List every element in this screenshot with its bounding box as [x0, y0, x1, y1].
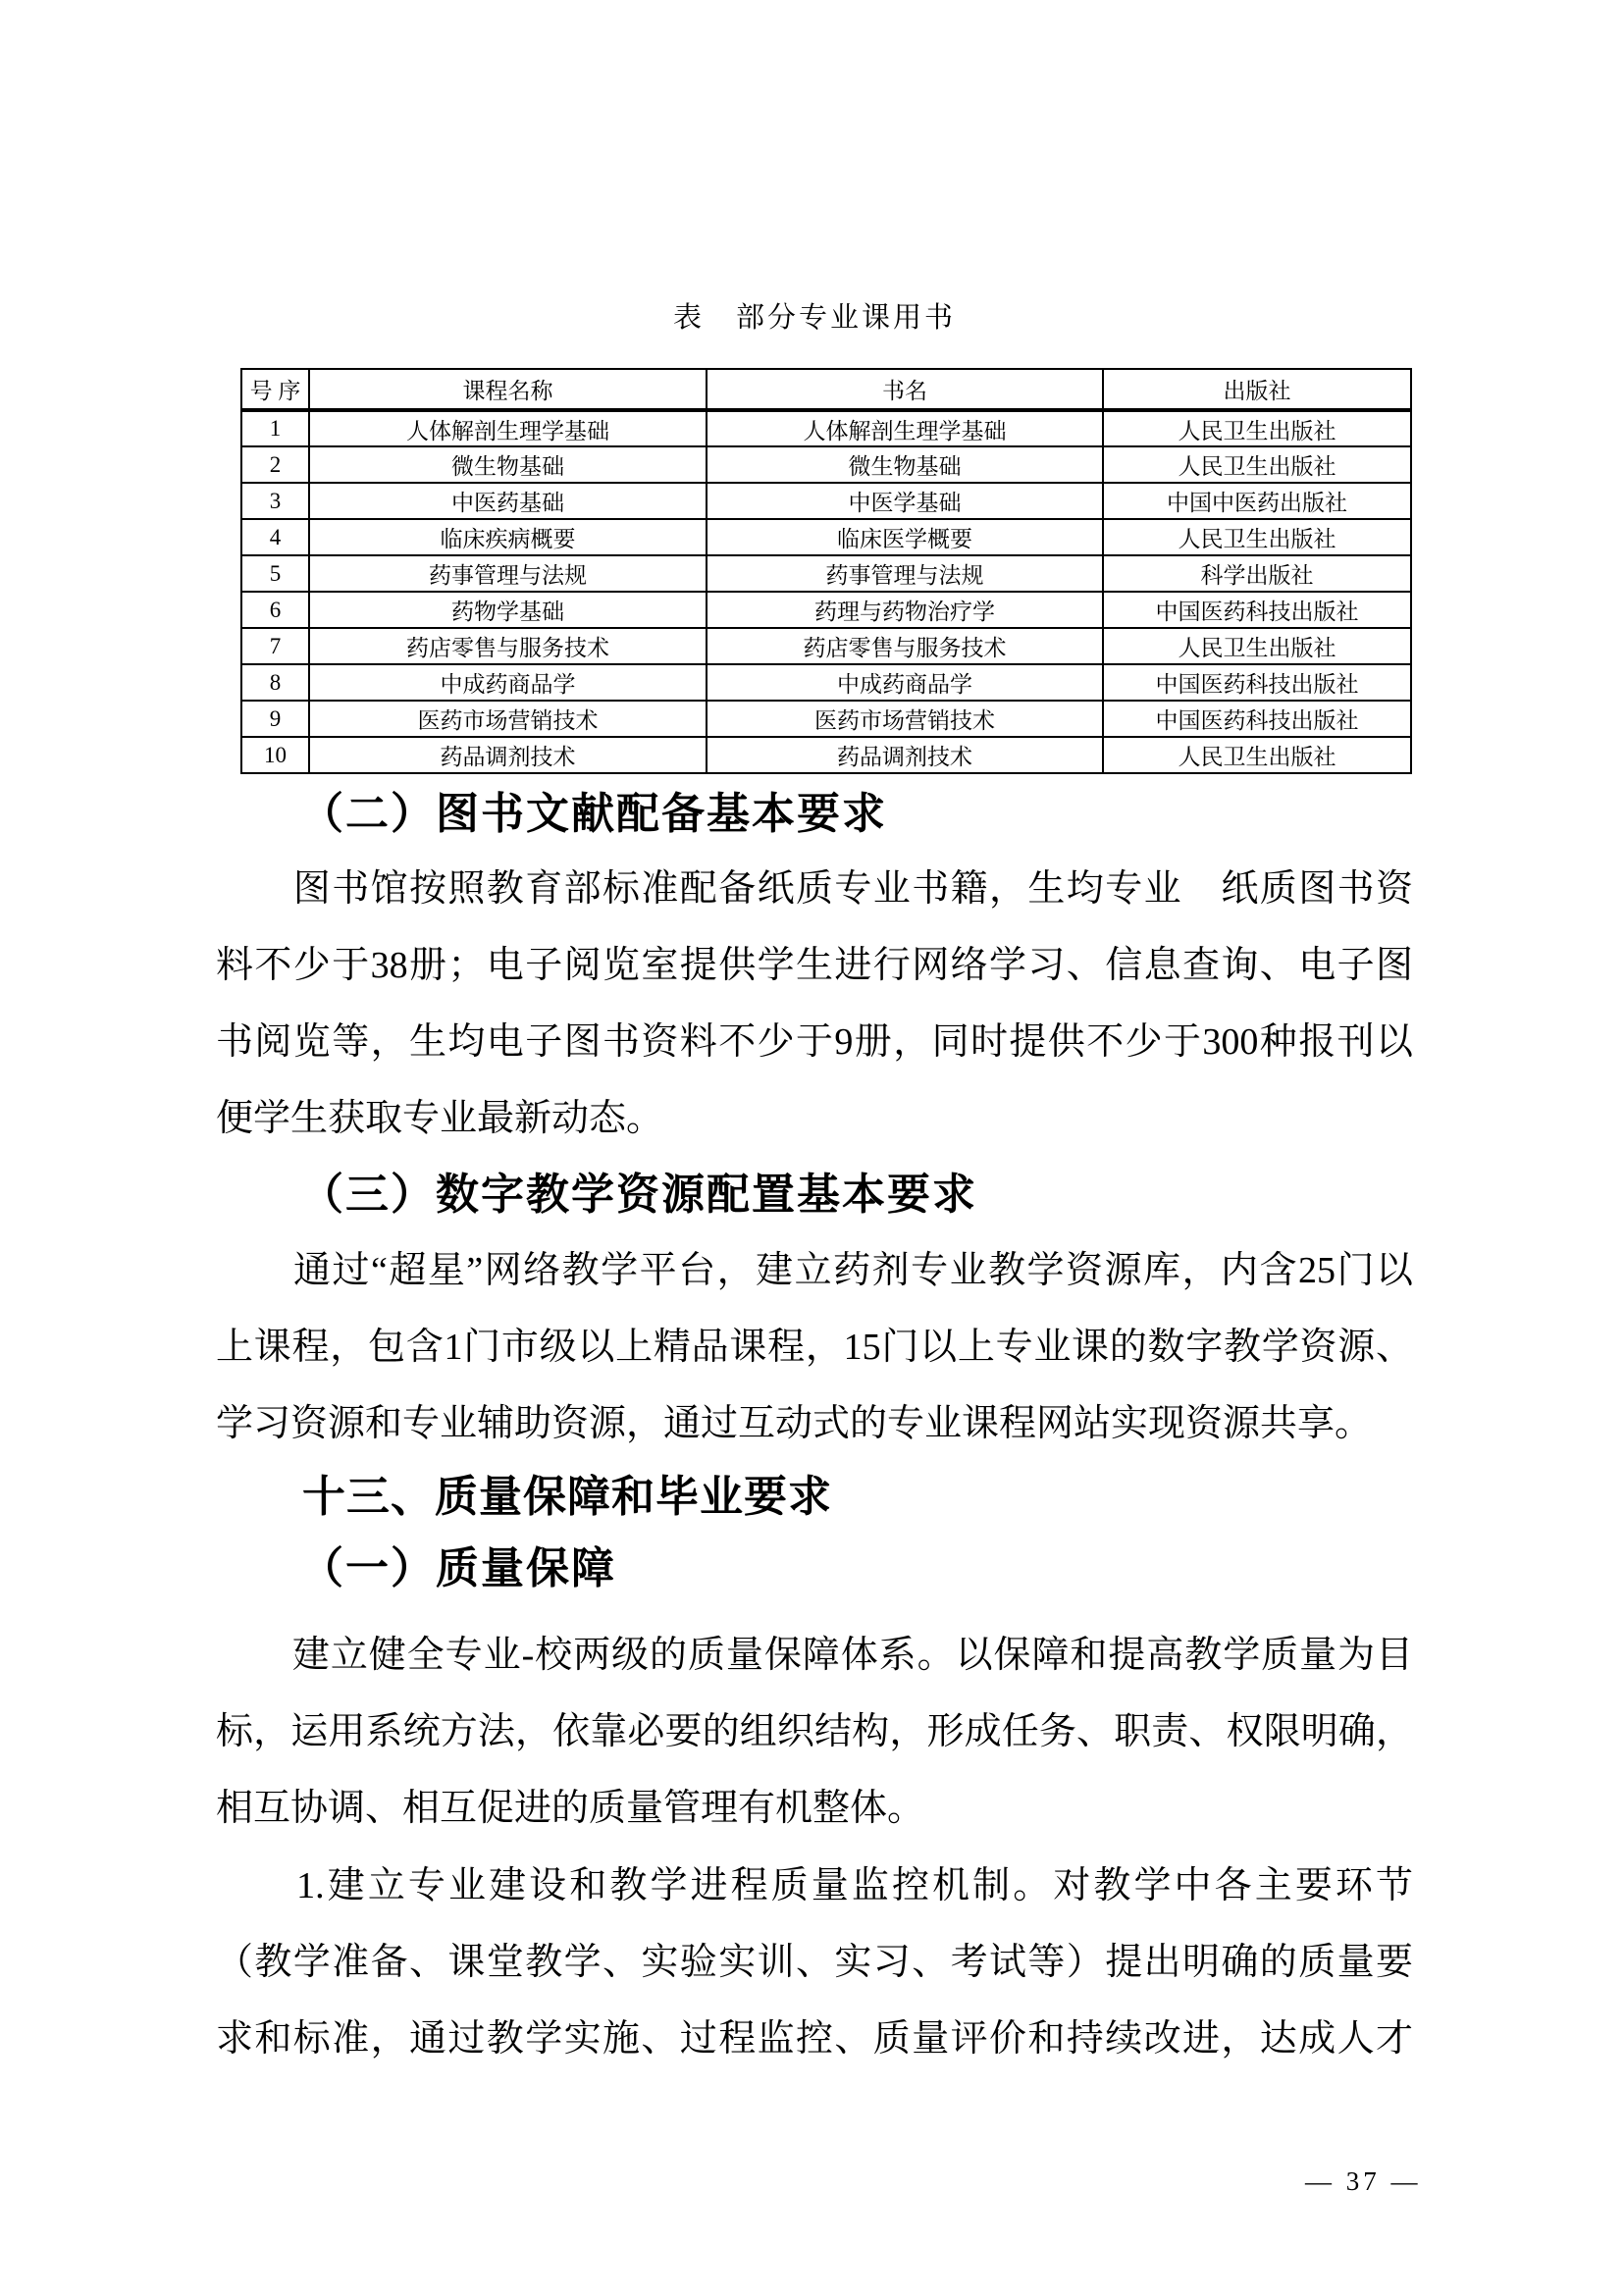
table-cell: 人民卫生出版社 — [1103, 628, 1411, 664]
paragraph-library: 图书馆按照教育部标准配备纸质专业书籍，生均专业 纸质图书资料不少于38册；电子阅… — [216, 851, 1413, 1157]
table-cell: 人民卫生出版社 — [1103, 446, 1411, 483]
table-cell: 药品调剂技术 — [707, 737, 1103, 773]
table-cell: 药店零售与服务技术 — [707, 628, 1103, 664]
table-cell: 临床医学概要 — [707, 519, 1103, 555]
table-cell: 9 — [241, 701, 309, 737]
text-line: 求和标准，通过教学实施、过程监控、质量评价和持续改进，达成人才 — [216, 2001, 1413, 2077]
text-line: 书阅览等，生均电子图书资料不少于9册，同时提供不少于300种报刊以 — [216, 1004, 1413, 1080]
table-caption: 表 部分专业课用书 — [216, 295, 1413, 336]
table-cell: 药理与药物治疗学 — [707, 592, 1103, 628]
table-cell: 中国医药科技出版社 — [1103, 701, 1411, 737]
text-line: 标，运用系统方法，依靠必要的组织结构，形成任务、职责、权限明确， — [216, 1694, 1413, 1770]
text-line: 通过“超星”网络教学平台，建立药剂专业教学资源库，内含25门以 — [216, 1232, 1413, 1309]
table-cell: 药事管理与法规 — [309, 555, 707, 592]
table-cell: 中医学基础 — [707, 483, 1103, 519]
table-cell: 4 — [241, 519, 309, 555]
section-heading-library: （二）图书文献配备基本要求 — [216, 787, 1413, 842]
page-number: — 37 — — [1305, 2166, 1422, 2197]
table-cell: 1 — [241, 410, 309, 446]
section-heading-digital-resources: （三）数字教学资源配置基本要求 — [216, 1168, 1413, 1223]
text-line: 料不少于38册；电子阅览室提供学生进行网络学习、信息查询、电子图 — [216, 927, 1413, 1004]
table-cell: 人民卫生出版社 — [1103, 519, 1411, 555]
table-body: 1人体解剖生理学基础人体解剖生理学基础人民卫生出版社2微生物基础微生物基础人民卫… — [241, 410, 1411, 773]
table-cell: 2 — [241, 446, 309, 483]
text-line: 相互协调、相互促进的质量管理有机整体。 — [216, 1770, 1413, 1847]
document-page: 表 部分专业课用书 号 序 课程名称 书名 出版社 1人体解剖生理学基础人体解剖… — [0, 0, 1624, 2295]
table-row: 1人体解剖生理学基础人体解剖生理学基础人民卫生出版社 — [241, 410, 1411, 446]
textbook-table: 号 序 课程名称 书名 出版社 1人体解剖生理学基础人体解剖生理学基础人民卫生出… — [240, 368, 1412, 774]
column-header-number: 号 序 — [241, 369, 309, 410]
table-cell: 微生物基础 — [707, 446, 1103, 483]
table-cell: 中国医药科技出版社 — [1103, 592, 1411, 628]
table-cell: 中国医药科技出版社 — [1103, 664, 1411, 701]
table-cell: 中成药商品学 — [309, 664, 707, 701]
text-line: 图书馆按照教育部标准配备纸质专业书籍，生均专业 纸质图书资 — [216, 851, 1413, 927]
table-row: 8中成药商品学中成药商品学中国医药科技出版社 — [241, 664, 1411, 701]
table-row: 2微生物基础微生物基础人民卫生出版社 — [241, 446, 1411, 483]
text-line: （教学准备、课堂教学、实验实训、实习、考试等）提出明确的质量要 — [216, 1924, 1413, 2001]
table-header-row: 号 序 课程名称 书名 出版社 — [241, 369, 1411, 410]
table-cell: 中医药基础 — [309, 483, 707, 519]
table-cell: 药店零售与服务技术 — [309, 628, 707, 664]
table-row: 10药品调剂技术药品调剂技术人民卫生出版社 — [241, 737, 1411, 773]
chapter-heading-quality-graduation: 十三、质量保障和毕业要求 — [216, 1470, 1413, 1525]
table-row: 3中医药基础中医学基础中国中医药出版社 — [241, 483, 1411, 519]
table-cell: 7 — [241, 628, 309, 664]
table-cell: 人体解剖生理学基础 — [707, 410, 1103, 446]
paragraph-digital-resources: 通过“超星”网络教学平台，建立药剂专业教学资源库，内含25门以上课程，包含1门市… — [216, 1232, 1413, 1462]
table-cell: 医药市场营销技术 — [707, 701, 1103, 737]
text-line: 1.建立专业建设和教学进程质量监控机制。对教学中各主要环节 — [216, 1848, 1413, 1924]
table-cell: 药物学基础 — [309, 592, 707, 628]
column-header-publisher: 出版社 — [1103, 369, 1411, 410]
table-cell: 5 — [241, 555, 309, 592]
table-cell: 微生物基础 — [309, 446, 707, 483]
table-row: 5药事管理与法规药事管理与法规科学出版社 — [241, 555, 1411, 592]
table-cell: 中成药商品学 — [707, 664, 1103, 701]
column-header-course: 课程名称 — [309, 369, 707, 410]
table-cell: 3 — [241, 483, 309, 519]
table-cell: 中国中医药出版社 — [1103, 483, 1411, 519]
text-line: 学习资源和专业辅助资源，通过互动式的专业课程网站实现资源共享。 — [216, 1385, 1413, 1462]
text-line: 建立健全专业-校两级的质量保障体系。以保障和提高教学质量为目 — [216, 1617, 1413, 1694]
table-cell: 医药市场营销技术 — [309, 701, 707, 737]
text-line: 上课程，包含1门市级以上精品课程，15门以上专业课的数字教学资源、 — [216, 1309, 1413, 1385]
paragraph-quality-monitoring: 1.建立专业建设和教学进程质量监控机制。对教学中各主要环节（教学准备、课堂教学、… — [216, 1848, 1413, 2077]
table-cell: 科学出版社 — [1103, 555, 1411, 592]
table-cell: 8 — [241, 664, 309, 701]
table-row: 9医药市场营销技术医药市场营销技术中国医药科技出版社 — [241, 701, 1411, 737]
table-cell: 10 — [241, 737, 309, 773]
table-cell: 临床疾病概要 — [309, 519, 707, 555]
text-line: 便学生获取专业最新动态。 — [216, 1080, 1413, 1157]
table-cell: 人民卫生出版社 — [1103, 737, 1411, 773]
table-cell: 人民卫生出版社 — [1103, 410, 1411, 446]
paragraph-quality-assurance: 建立健全专业-校两级的质量保障体系。以保障和提高教学质量为目标，运用系统方法，依… — [216, 1617, 1413, 1847]
table-cell: 人体解剖生理学基础 — [309, 410, 707, 446]
table-cell: 药品调剂技术 — [309, 737, 707, 773]
column-header-book: 书名 — [707, 369, 1103, 410]
table-row: 7药店零售与服务技术药店零售与服务技术人民卫生出版社 — [241, 628, 1411, 664]
table-row: 4临床疾病概要临床医学概要人民卫生出版社 — [241, 519, 1411, 555]
table-row: 6药物学基础药理与药物治疗学中国医药科技出版社 — [241, 592, 1411, 628]
table-cell: 6 — [241, 592, 309, 628]
table-cell: 药事管理与法规 — [707, 555, 1103, 592]
section-heading-quality-assurance: （一）质量保障 — [216, 1541, 1413, 1596]
